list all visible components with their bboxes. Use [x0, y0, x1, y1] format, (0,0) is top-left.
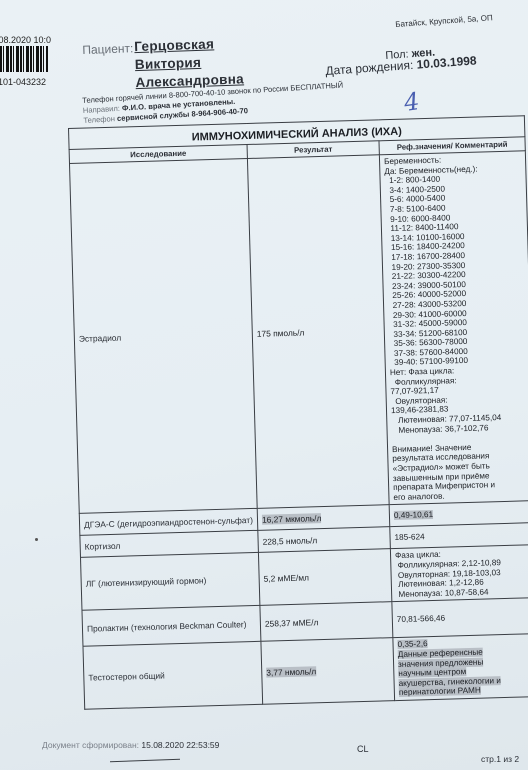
- result-value: 5,2 мМЕ/мл: [264, 573, 310, 584]
- reference-values: 70,81-566,46: [392, 598, 528, 638]
- test-result: 3,77 нмоль/л: [261, 638, 395, 704]
- test-result: 5,2 мМЕ/мл: [258, 549, 391, 606]
- results-table: ИММУНОХИМИЧЕСКИЙ АНАЛИЗ (ИХА) Исследован…: [68, 115, 528, 709]
- result-value: 16,27 мкмоль/л: [262, 513, 322, 525]
- reference-text: 185-624: [394, 532, 424, 542]
- reference-text: Фаза цикла: Фолликулярная: 2,12-10,89 Ов…: [395, 550, 501, 599]
- result-value: 175 пмоль/л: [257, 327, 305, 338]
- result-value: 258,37 мМЕ/л: [265, 617, 319, 628]
- reference-text: 0,49-10,61: [394, 510, 433, 520]
- handwritten-mark: 4: [402, 87, 421, 117]
- reference-values: Беременность: Да: Беременность(нед.): 1-…: [379, 151, 528, 505]
- lab-address: Батайск, Крупской, 5а, ОП: [395, 13, 493, 29]
- lab-report-page: Батайск, Крупской, 5а, ОП .08.2020 10:0 …: [0, 0, 528, 770]
- page-number: стр.1 из 2: [481, 754, 519, 764]
- generated-label: Документ сформирован:: [42, 740, 139, 750]
- info-lines: Телефон горячей линии 8-800-700-40-10 зв…: [82, 81, 345, 126]
- test-name: Пролактин (технология Beckman Coulter): [82, 606, 261, 647]
- patient-label: Пациент:: [82, 41, 133, 57]
- result-value: 228,5 нмоль/л: [262, 535, 317, 547]
- dob-label: Дата рождения:: [325, 58, 414, 78]
- generated-line: Документ сформирован: 15.08.2020 22:53:5…: [42, 740, 219, 750]
- test-result: 175 пмоль/л: [247, 155, 389, 509]
- reference-text: 70,81-566,46: [397, 614, 445, 624]
- test-name: Тестостерон общий: [83, 642, 263, 710]
- signature-line: [110, 759, 180, 762]
- patient-name: Герцовская Виктория Александровна: [134, 34, 244, 92]
- stray-mark: [35, 538, 38, 541]
- reference-text: Беременность: Да: Беременность(нед.): 1-…: [384, 156, 501, 502]
- test-name: ЛГ (лютеинизирующий гормон): [81, 553, 260, 611]
- reference-values: Фаза цикла: Фолликулярная: 2,12-10,89 Ов…: [390, 545, 528, 602]
- barcode-icon: [0, 46, 48, 72]
- reference-text: 0,35-2,6 Данные референсные значения пре…: [397, 640, 501, 698]
- result-value: 3,77 нмоль/л: [266, 666, 316, 677]
- generated-value: 15.08.2020 22:53:59: [141, 740, 219, 750]
- results-table-wrap: ИММУНОХИМИЧЕСКИЙ АНАЛИЗ (ИХА) Исследован…: [68, 115, 528, 709]
- footer-code: CL: [357, 744, 369, 754]
- test-result: 258,37 мМЕ/л: [260, 602, 393, 642]
- test-name: Эстрадиол: [69, 159, 257, 514]
- barcode-number: 101-043232: [0, 77, 46, 87]
- barcode-date: .08.2020 10:0: [0, 35, 51, 45]
- reference-values: 0,35-2,6 Данные референсные значения пре…: [393, 634, 528, 701]
- table-row: Эстрадиол175 пмоль/лБеременность: Да: Бе…: [69, 151, 528, 514]
- service-phone-label: Телефон: [83, 114, 115, 125]
- dob-value: 10.03.1998: [416, 53, 477, 71]
- results-rows: Эстрадиол175 пмоль/лБеременность: Да: Бе…: [69, 151, 528, 709]
- table-row: Тестостерон общий3,77 нмоль/л0,35-2,6 Да…: [83, 634, 528, 709]
